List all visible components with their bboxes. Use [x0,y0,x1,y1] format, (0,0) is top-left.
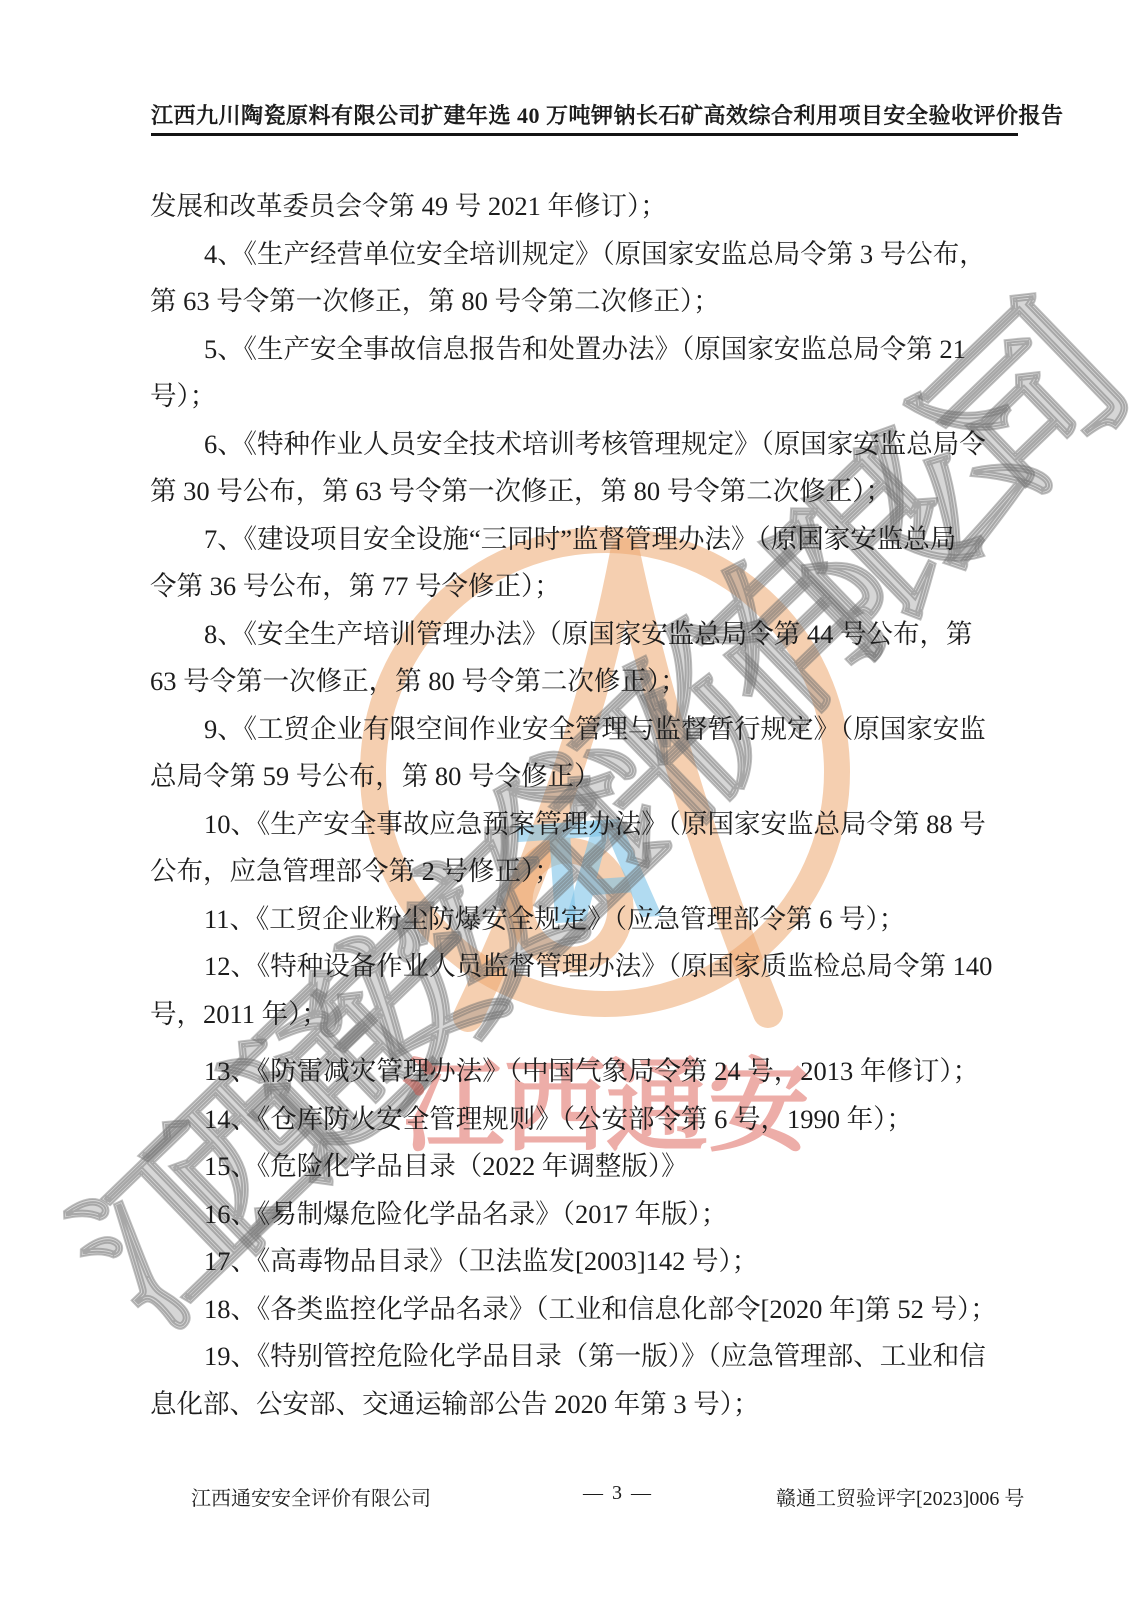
footer-company-name: 江西通安安全评价有限公司 [191,1482,431,1511]
header-rule-line [151,133,1018,136]
body-line: 17、《高毒物品目录》（卫法监发[2003]142 号）； [150,1238,1010,1286]
body-line: 9、《工贸企业有限空间作业安全管理与监督暂行规定》（原国家安监 [150,706,1010,754]
body-line: 16、《易制爆危险化学品名录》（2017 年版）； [150,1191,1010,1239]
body-line: 5、《生产安全事故信息报告和处置办法》（原国家安监总局令第 21 [150,326,1010,374]
body-text: 发展和改革委员会令第 49 号 2021 年修订）；4、《生产经营单位安全培训规… [150,183,1010,1428]
body-line: 4、《生产经营单位安全培训规定》（原国家安监总局令第 3 号公布， [150,231,1010,279]
body-line: 8、《安全生产培训管理办法》（原国家安监总局令第 44 号公布，第 [150,611,1010,659]
body-line: 第 30 号公布，第 63 号令第一次修正，第 80 号令第二次修正）； [150,468,1010,516]
body-line: 7、《建设项目安全设施“三同时”监督管理办法》（原国家安监总局 [150,516,1010,564]
body-line: 13、《防雷减灾管理办法》（中国气象局令第 24 号，2013 年修订）； [150,1048,1010,1096]
body-line: 发展和改革委员会令第 49 号 2021 年修订）； [150,183,1010,231]
document-page: TA 江西通安安全评价有限公司 江西通安 江西九川陶瓷原料有限公司扩建年选 40… [0,0,1129,1600]
body-line: 息化部、公安部、交通运输部公告 2020 年第 3 号）； [150,1381,1010,1429]
body-line: 号）； [150,373,1010,421]
body-line: 10、《生产安全事故应急预案管理办法》（原国家安监总局令第 88 号 [150,801,1010,849]
body-line: 总局令第 59 号公布，第 80 号令修正） [150,753,1010,801]
body-line: 第 63 号令第一次修正，第 80 号令第二次修正）； [150,278,1010,326]
body-line: 11、《工贸企业粉尘防爆安全规定》（应急管理部令第 6 号）； [150,896,1010,944]
body-line: 号，2011 年）； [150,991,1010,1039]
page-header-title: 江西九川陶瓷原料有限公司扩建年选 40 万吨钾钠长石矿高效综合利用项目安全验收评… [151,99,1018,130]
body-line: 19、《特别管控危险化学品目录（第一版）》（应急管理部、工业和信 [150,1333,1010,1381]
body-line: 63 号令第一次修正，第 80 号令第二次修正）； [150,658,1010,706]
body-line: 14、《仓库防火安全管理规则》（公安部令第 6 号，1990 年）； [150,1096,1010,1144]
footer-page-number: — 3 — [583,1482,653,1505]
body-line: 15、《危险化学品目录（2022 年调整版）》 [150,1143,1010,1191]
body-line: 公布，应急管理部令第 2 号修正）； [150,848,1010,896]
body-line: 18、《各类监控化学品名录》（工业和信息化部令[2020 年]第 52 号）； [150,1286,1010,1334]
footer-doc-number: 赣通工贸验评字[2023]006 号 [776,1482,1024,1511]
body-line: 12、《特种设备作业人员监督管理办法》（原国家质监检总局令第 140 [150,943,1010,991]
body-line: 6、《特种作业人员安全技术培训考核管理规定》（原国家安监总局令 [150,421,1010,469]
body-line: 令第 36 号公布，第 77 号令修正）； [150,563,1010,611]
